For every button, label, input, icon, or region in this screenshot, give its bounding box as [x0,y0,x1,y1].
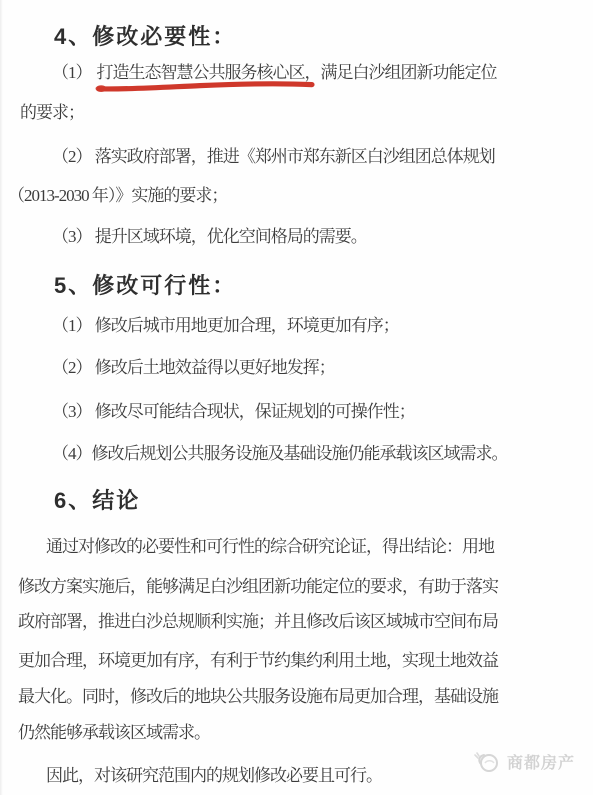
watermark-label: 商都房产 [507,750,575,773]
section-5-item-2: （2） 修改后土地效益得以更好地发挥； [52,358,335,378]
section-4-item-2-line-1: （2） 落实政府部署，推进《郑州市郑东新区白沙组团总体规划 [52,147,495,167]
section-5-item-1: （1） 修改后城市用地更加合理，环境更加有序； [52,316,399,336]
conclusion-paragraph-line-1: 通过对修改的必要性和可行性的综合研究论证，得出结论：用地 [46,537,494,557]
item-4-1-highlight-text: 打造生态智慧公共服务核心区 [97,63,305,82]
section-4-item-1-line-1: （1）打造生态智慧公共服务核心区，满足白沙组团新功能定位 [52,63,497,83]
conclusion-paragraph-line-6: 仍然能够承载该区域需求。 [18,723,210,743]
conclusion-paragraph-line-3: 政府部署，推进白沙总规顺利实施；并且修改后该区域城市空间布局 [18,612,498,632]
conclusion-paragraph-line-5: 最大化。同时，修改后的地块公共服务设施布局更加合理，基础设施 [18,687,498,707]
final-statement-line: 因此，对该研究范围内的规划修改必要且可行。 [46,766,382,786]
section-4-item-1-line-2: 的要求； [20,103,84,123]
item-4-1-underlined-phrase: 打造生态智慧公共服务核心区 [97,63,305,83]
conclusion-paragraph-line-2: 修改方案实施后，能够满足白沙组团新功能定位的要求，有助于落实 [18,577,498,597]
section-4-heading: 4、修改必要性： [54,24,236,49]
section-4-item-2-line-2: （2013-2030 年）》实施的要求； [8,186,227,206]
document-page: 4、修改必要性： （1）打造生态智慧公共服务核心区，满足白沙组团新功能定位 的要… [0,0,593,795]
shangdu-logo-icon [472,751,502,773]
section-4-item-3: （3） 提升区域环境，优化空间格局的需要。 [52,227,367,247]
item-4-1-number: （1） [52,63,97,82]
section-5-heading: 5、修改可行性： [54,273,236,298]
section-5-item-3: （3） 修改尽可能结合现状，保证规划的可操作性； [52,402,415,422]
publisher-watermark: 商都房产 [472,750,575,773]
item-4-1-rest-text: ，满足白沙组团新功能定位 [305,63,497,82]
conclusion-paragraph-line-4: 更加合理，环境更加有序，有利于节约集约利用土地，实现土地效益 [18,651,498,671]
section-5-item-4: （4）修改后规划公共服务设施及基础设施仍能承载该区域需求。 [52,444,508,464]
section-6-heading: 6、结论 [54,488,140,513]
